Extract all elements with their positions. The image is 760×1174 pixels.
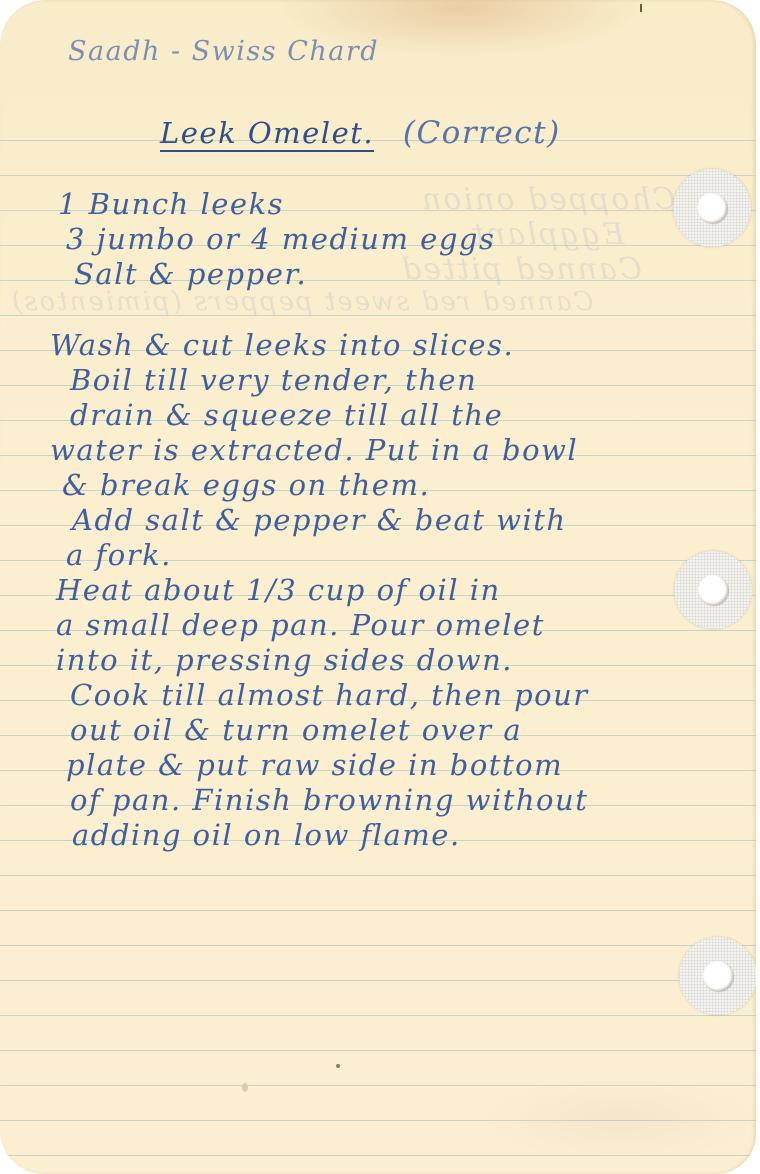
- instruction-line: adding oil on low flame.: [72, 821, 461, 850]
- hole-punch: [697, 193, 727, 223]
- instruction-line: Boil till very tender, then: [70, 366, 477, 395]
- instruction-line: Wash & cut leeks into slices.: [50, 331, 514, 360]
- instruction-line: of pan. Finish browning without: [70, 786, 588, 815]
- ruled-line: [0, 1155, 756, 1156]
- ruled-line: [0, 1050, 756, 1051]
- ruled-line: [0, 945, 756, 946]
- ingredient-item: 1 Bunch leeks: [58, 190, 284, 219]
- paper-mark: [640, 4, 642, 12]
- recipe-title-text: Leek Omelet.: [160, 116, 374, 150]
- instruction-line: Cook till almost hard, then pour: [70, 681, 589, 710]
- paper-speck: [336, 1064, 340, 1068]
- paper-speck: [242, 1083, 248, 1092]
- instruction-line: & break eggs on them.: [62, 471, 430, 500]
- ingredient-item: Salt & pepper.: [74, 260, 307, 289]
- header-note: Saadh - Swiss Chard: [68, 38, 379, 65]
- instruction-line: plate & put raw side in bottom: [66, 751, 563, 780]
- instruction-line: water is extracted. Put in a bowl: [50, 436, 578, 465]
- ruled-line: [0, 175, 756, 176]
- recipe-card: Chopped onion Eggplant Canned pitted Can…: [0, 0, 756, 1174]
- recipe-title-suffix: (Correct): [403, 115, 561, 151]
- bleed-through-text: Canned red sweet peppers (pimientos): [10, 287, 594, 317]
- ruled-line: [0, 910, 756, 911]
- instruction-line: Add salt & pepper & beat with: [72, 506, 567, 535]
- instruction-line: a small deep pan. Pour omelet: [56, 611, 545, 640]
- hole-punch: [698, 575, 728, 605]
- instruction-line: a fork.: [66, 541, 172, 570]
- ruled-line: [0, 1085, 756, 1086]
- binder-hole-middle: [674, 551, 752, 629]
- bleed-through-text: Canned pitted: [400, 252, 642, 287]
- instruction-line: drain & squeeze till all the: [70, 401, 503, 430]
- binder-hole-bottom: [679, 937, 756, 1015]
- instruction-line: out oil & turn omelet over a: [70, 716, 522, 745]
- binder-hole-top: [673, 169, 751, 247]
- instruction-line: into it, pressing sides down.: [56, 646, 513, 675]
- hole-punch: [703, 961, 733, 991]
- ruled-line: [0, 875, 756, 876]
- recipe-title: Leek Omelet. (Correct): [160, 118, 561, 149]
- ruled-line: [0, 1015, 756, 1016]
- ingredient-item: 3 jumbo or 4 medium eggs: [66, 225, 495, 254]
- bleed-through-text: Chopped onion: [420, 182, 676, 217]
- ruled-line: [0, 1120, 756, 1121]
- ruled-line: [0, 980, 756, 981]
- instruction-line: Heat about 1/3 cup of oil in: [56, 576, 501, 605]
